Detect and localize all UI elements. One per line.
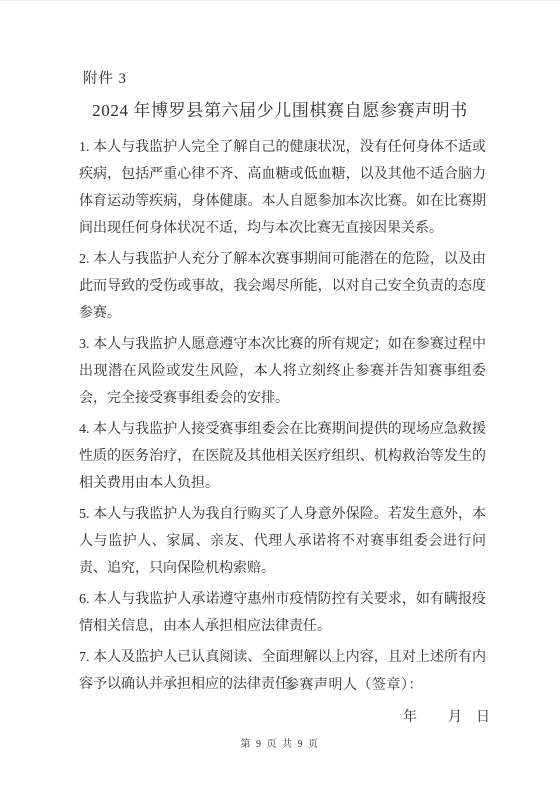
declaration-paragraph-5: 5. 本人与我监护人为我自行购买了人身意外保险。若发生意外，本人与监护人、家属、…: [79, 501, 486, 582]
declaration-document-page: 附件 3 2024 年博罗县第六届少儿围棋赛自愿参赛声明书 1. 本人与我监护人…: [0, 0, 560, 793]
declaration-paragraph-3: 3. 本人与我监护人愿意遵守本次比赛的所有规定；如在参赛过程中出现潜在风险或发生…: [79, 331, 486, 412]
declaration-paragraph-6: 6. 本人与我监护人承诺遵守惠州市疫情防控有关要求，如有瞒报疫情相关信息，由本人…: [79, 586, 486, 640]
footer-page-indicator: 第 9 页 共 9 页: [0, 738, 560, 752]
declaration-paragraph-7: 7. 本人及监护人已认真阅读、全面理解以上内容，且对上述所有内容予以确认并承担相…: [79, 644, 486, 698]
date-month-label: 月: [448, 710, 462, 725]
declaration-paragraph-2: 2. 本人与我监护人充分了解本次赛事期间可能潜在的危险，以及由此而导致的受伤或事…: [79, 246, 486, 327]
date-day-label: 日: [476, 710, 490, 725]
page-title: 2024 年博罗县第六届少儿围棋赛自愿参赛声明书: [0, 100, 560, 122]
declaration-paragraph-1: 1. 本人与我监护人完全了解自己的健康状况，没有任何身体不适或疾病，包括严重心律…: [79, 134, 486, 242]
date-line: 年月日: [403, 704, 490, 731]
signature-label: 参赛声明人（签章）：: [285, 672, 423, 699]
declaration-paragraph-4: 4. 本人与我监护人接受赛事组委会在比赛期间提供的现场应急救援性质的医务治疗，在…: [79, 416, 486, 497]
declaration-body: 1. 本人与我监护人完全了解自己的健康状况，没有任何身体不适或疾病，包括严重心律…: [79, 134, 486, 702]
attachment-label: 附件 3: [83, 71, 127, 88]
date-year-label: 年: [403, 710, 417, 725]
